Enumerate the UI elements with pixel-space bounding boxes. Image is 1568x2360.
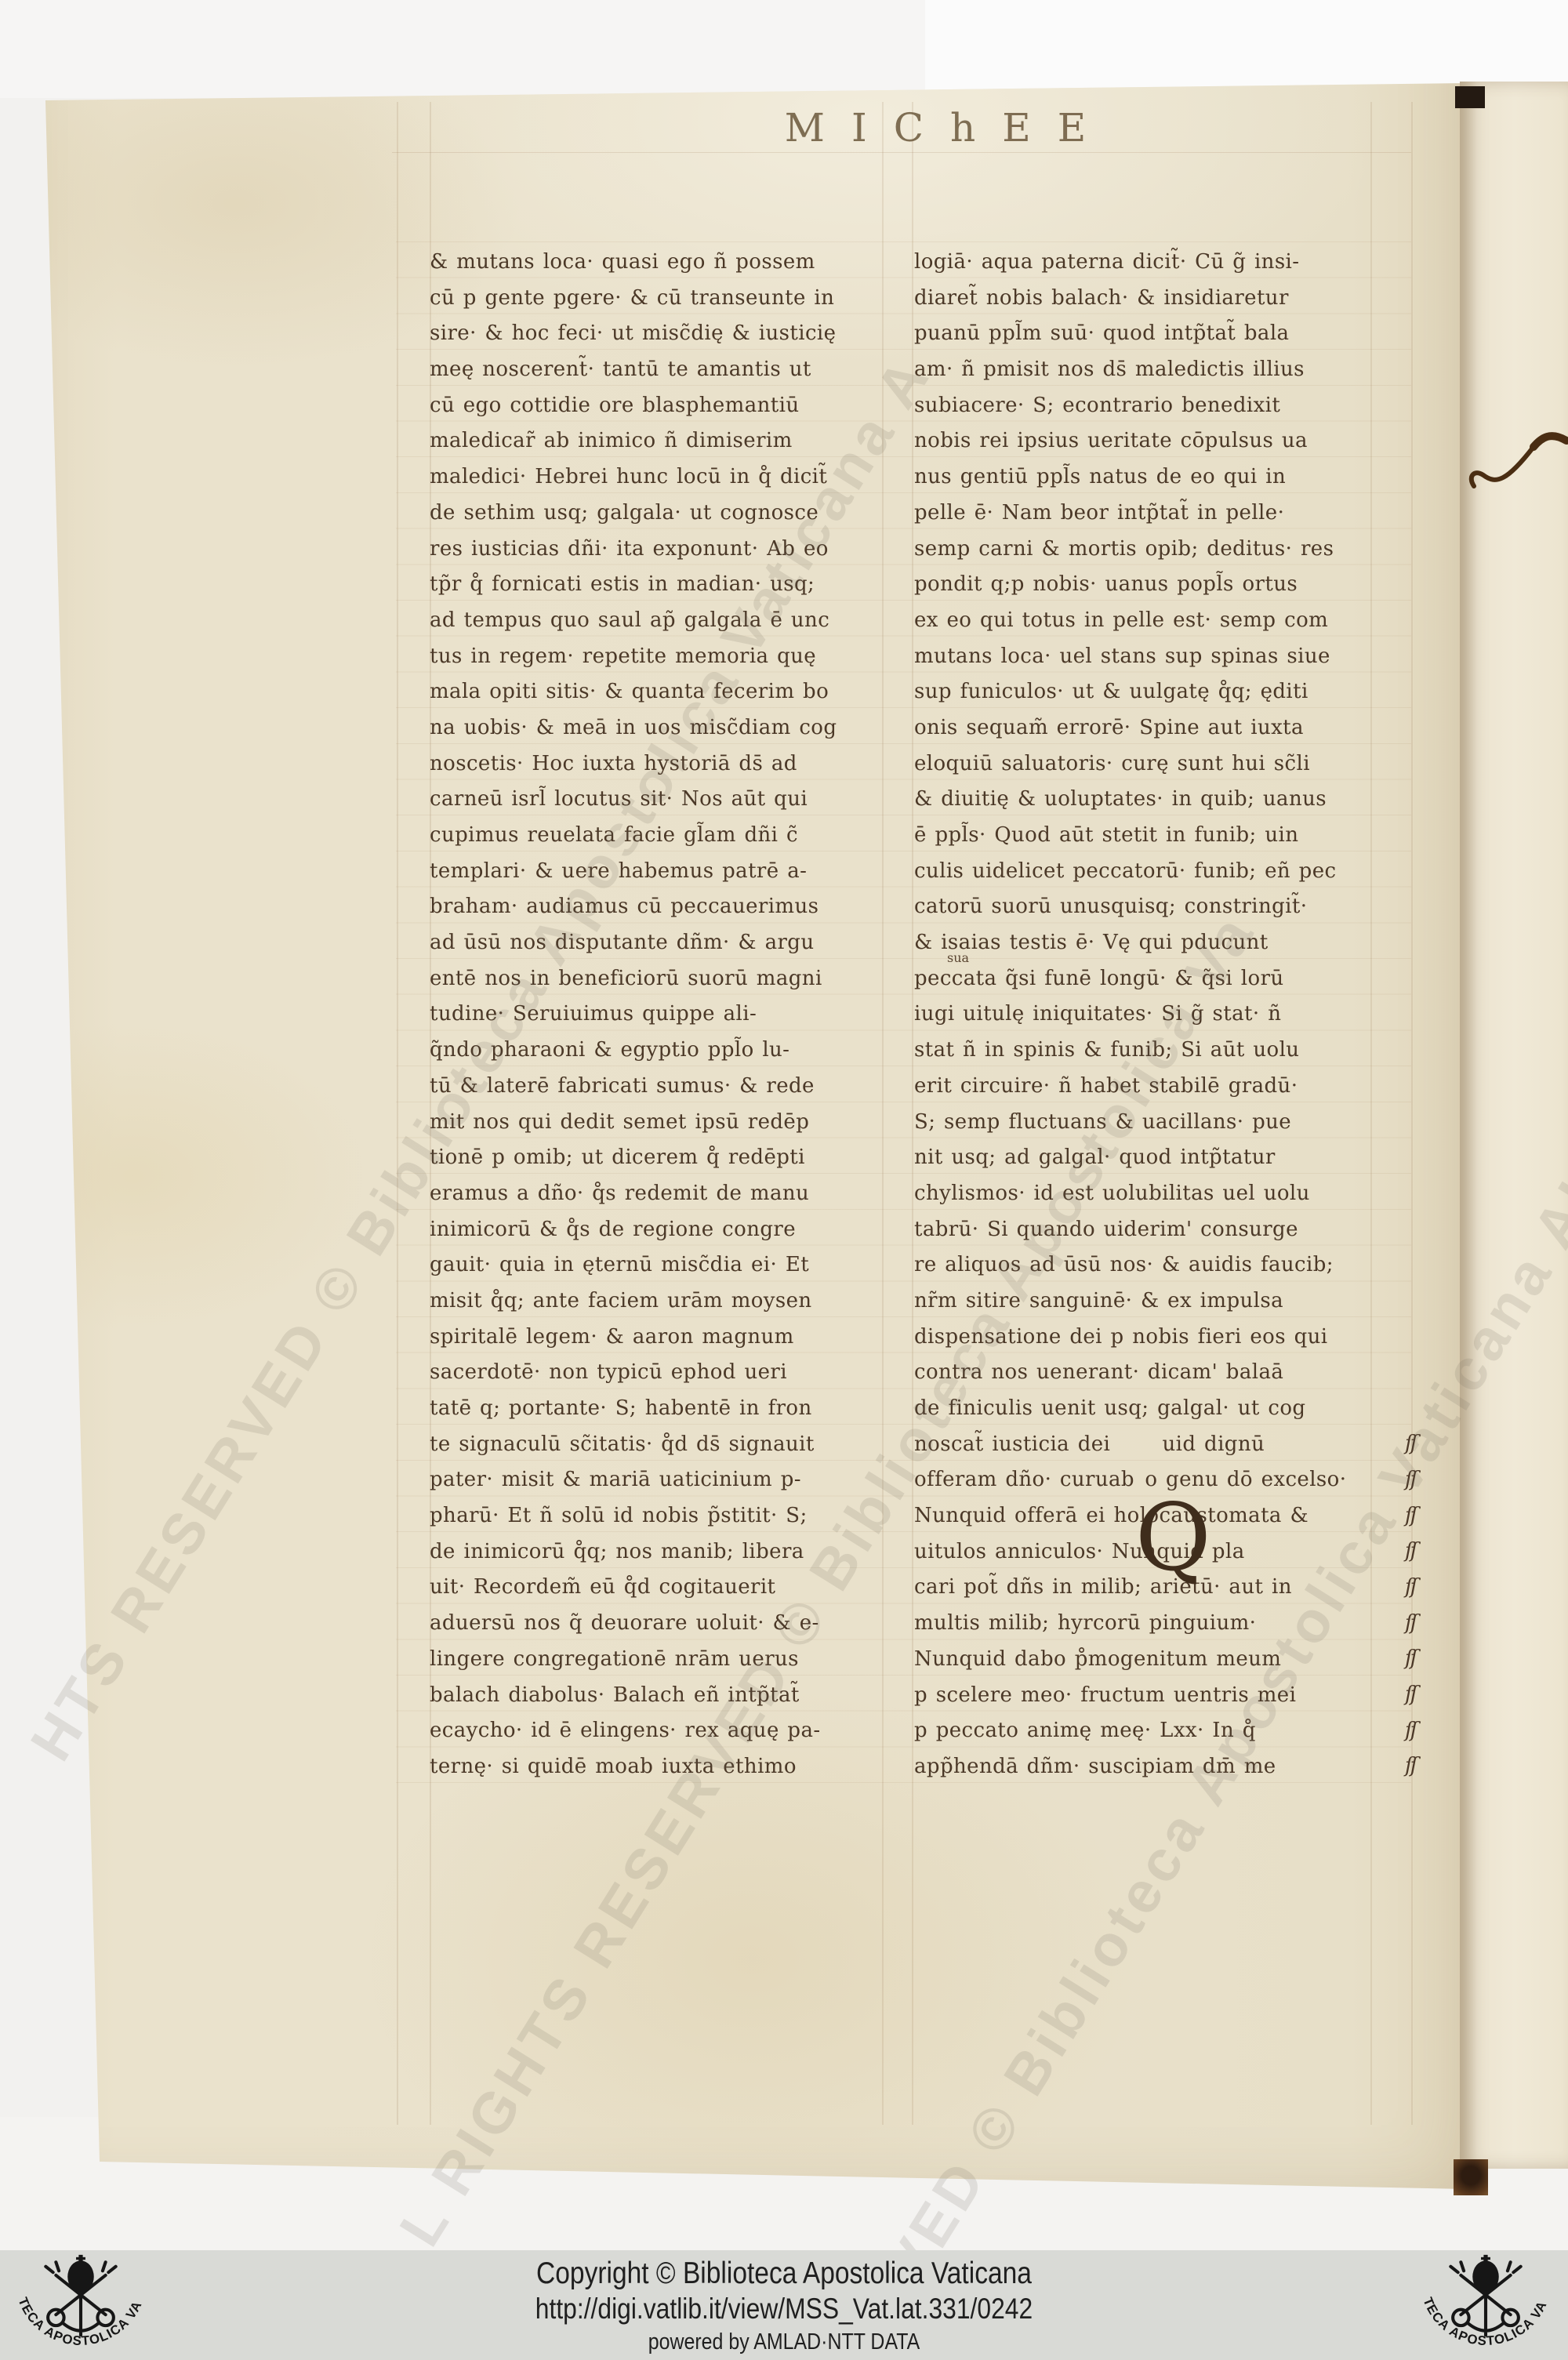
- manuscript-line: de finiculis uenit usq; galgal· ut cog: [914, 1391, 1389, 1427]
- manuscript-line: tabrū· Si quando uiderim' consurge: [914, 1212, 1389, 1248]
- facing-page-edge: [1460, 82, 1568, 2169]
- manuscript-line: onis sequam̃ errorē· Spine aut iuxta: [914, 710, 1389, 746]
- manuscript-line: subiacere· S; econtrario benedixit: [914, 388, 1389, 424]
- manuscript-line: spiritalē legem· & aaron magnum: [430, 1320, 884, 1356]
- manuscript-line: te signaculū sc̃itatis· q̊d ds̄ signauit: [430, 1427, 884, 1463]
- manuscript-line: maledicar̃ ab inimico ñ dimiserim: [430, 423, 884, 459]
- manuscript-line: pharū· Et ñ solū id nobis p̃stitit· S;: [430, 1498, 884, 1534]
- manuscript-line: pondit q;p nobis· uanus popl̃s ortus: [914, 567, 1389, 603]
- manuscript-line: templari· & uere habemus patrē a-: [430, 854, 884, 890]
- footer-manifest-url: http://digi.vatlib.it/view/MSS_Vat.lat.3…: [110, 2293, 1458, 2326]
- manuscript-line: cū ego cottidie ore blasphemantiū: [430, 388, 884, 424]
- footer-copyright-line: Copyright © Biblioteca Apostolica Vatica…: [110, 2257, 1458, 2291]
- manuscript-line: ternę· si quidē moab iuxta ethimo: [430, 1749, 884, 1785]
- manuscript-line: tus in regem· repetite memoria quę: [430, 639, 884, 675]
- manuscript-line: mutans loca· uel stans sup spinas siue: [914, 639, 1389, 675]
- manuscript-line: noscat̃ iusticia dei uid dignū: [914, 1427, 1389, 1463]
- manuscript-line: & mutans loca· quasi ego ñ possem: [430, 245, 884, 281]
- manuscript-line: ecaycho· id ē elingens· rex aquę pa-: [430, 1713, 884, 1749]
- manuscript-line: pelle ē· Nam beor intp̃tat̃ in pelle·: [914, 496, 1389, 532]
- manuscript-line: diaret̃ nobis balach· & insidiaretur: [914, 281, 1389, 317]
- manuscript-line: semp carni & mortis opib; deditus· res: [914, 532, 1389, 568]
- manuscript-line: chylismos· id est uolubilitas uel uolu: [914, 1176, 1389, 1212]
- margin-quote-mark: ſſ: [1405, 1683, 1415, 1706]
- margin-quote-mark: ſſ: [1405, 1647, 1415, 1670]
- manuscript-line: eramus a dño· q̊s redemit de manu: [430, 1176, 884, 1212]
- manuscript-line: cū p gente pgere· & cū transeunte in: [430, 281, 884, 317]
- manuscript-line: balach diabolus· Balach eñ intp̃tat̃: [430, 1678, 884, 1714]
- manuscript-line: culis uidelicet peccatorū· funib; eñ pec: [914, 854, 1389, 890]
- manuscript-line: p scelere meo· fructum uentris mei: [914, 1678, 1389, 1714]
- manuscript-line: ad ūsū nos disputante dñm· & argu: [430, 925, 884, 961]
- manuscript-line: & isaias testis ē· Vę qui pducunt: [914, 925, 1389, 961]
- manuscript-line: ē ppl̃s· Quod aūt stetit in funib; uin: [914, 818, 1389, 854]
- margin-quote-mark: ſſ: [1405, 1539, 1415, 1563]
- manuscript-line: sup funiculos· ut & uulgatę q̊q; ęditi: [914, 674, 1389, 710]
- drop-cap-initial-q: Q: [1135, 1491, 1211, 1584]
- manuscript-line: sacerdotē· non typicū ephod ueri: [430, 1355, 884, 1391]
- manuscript-line: catorū suorū unusquisq; constringit̃·: [914, 889, 1389, 925]
- interlinear-gloss: sua: [947, 950, 969, 965]
- footer-powered-by: powered by AMLAD·NTT DATA: [110, 2329, 1458, 2355]
- manuscript-line: peccata q̃si funē longū· & q̃si lorū: [914, 961, 1389, 997]
- manuscript-line: braham· audiamus cū peccauerimus: [430, 889, 884, 925]
- margin-quote-mark: ſſ: [1405, 1611, 1415, 1635]
- manuscript-line: mit nos qui dedit semet ipsū redēp: [430, 1105, 884, 1141]
- manuscript-line: mala opiti sitis· & quanta fecerim bo: [430, 674, 884, 710]
- pen-flourish: [1468, 422, 1568, 500]
- attribution-footer: Copyright © Biblioteca Apostolica Vatica…: [0, 2250, 1568, 2360]
- header-ruling-line: [392, 152, 1411, 153]
- manuscript-line: nus gentiū ppl̃s natus de eo qui in: [914, 459, 1389, 496]
- manuscript-line: puanū ppl̃m suū· quod intp̃tat̃ bala: [914, 316, 1389, 352]
- margin-quote-mark: ſſ: [1405, 1575, 1415, 1599]
- margin-quote-mark: ſſ: [1405, 1754, 1415, 1777]
- binding-mark-bottom: [1454, 2159, 1488, 2195]
- manuscript-line: misit q̊q; ante faciem urām moysen: [430, 1283, 884, 1320]
- manuscript-line: meę noscerent̃· tantū te amantis ut: [430, 352, 884, 388]
- manuscript-line: nobis rei ipsius ueritate cōpulsus ua: [914, 423, 1389, 459]
- manuscript-line: tatē q; portante· S; habentē in fron: [430, 1391, 884, 1427]
- running-title-michee: MIChEE: [0, 105, 1568, 151]
- vatican-library-logo-icon: BIBLIOTECA APOSTOLICA VATICANA: [1411, 2253, 1560, 2358]
- manuscript-line: pater· misit & mariā uaticinium p-: [430, 1462, 884, 1498]
- manuscript-line: gauit· quia in ęternū misc̃dia ei· Et: [430, 1247, 884, 1283]
- manuscript-line: am· ñ pmisit nos ds̄ maledictis illius: [914, 352, 1389, 388]
- footer-text-block: Copyright © Biblioteca Apostolica Vatica…: [110, 2250, 1458, 2360]
- manuscript-line: ad tempus quo saul ap̃ galgala ē unc: [430, 603, 884, 639]
- manuscript-line: eloquiū saluatoris· curę sunt hui sc̃li: [914, 746, 1389, 782]
- manuscript-photo: MIChEE & mutans loca· quasi ego ñ possem…: [0, 0, 1568, 2250]
- manuscript-line: app̃hendā dñm· suscipiam dm̄ me: [914, 1749, 1389, 1785]
- manuscript-line: & diuitię & uoluptates· in quib; uanus: [914, 782, 1389, 818]
- digitized-manuscript-viewer: MIChEE & mutans loca· quasi ego ñ possem…: [0, 0, 1568, 2360]
- margin-quotation-marks: ſſſſſſſſſſſſſſſſſſſſ: [1405, 245, 1436, 1813]
- manuscript-line: inimicorū & q̊s de regione congre: [430, 1212, 884, 1248]
- margin-quote-mark: ſſ: [1405, 1719, 1415, 1742]
- column-rule: [397, 102, 398, 2125]
- manuscript-line: p peccato animę meę· Lxx· In q̊: [914, 1713, 1389, 1749]
- manuscript-line: nit usq; ad galgal· quod intp̃tatur: [914, 1140, 1389, 1176]
- manuscript-line: ex eo qui totus in pelle est· semp com: [914, 603, 1389, 639]
- manuscript-line: tionē p omib; ut dicerem q̊ redēpti: [430, 1140, 884, 1176]
- manuscript-line: sire· & hoc feci· ut misc̃dię & iusticię: [430, 316, 884, 352]
- vatican-library-logo-icon: BIBLIOTECA APOSTOLICA VATICANA: [6, 2253, 155, 2358]
- manuscript-line: logiā· aqua paterna dicit̃· Cū g̃ insi-: [914, 245, 1389, 281]
